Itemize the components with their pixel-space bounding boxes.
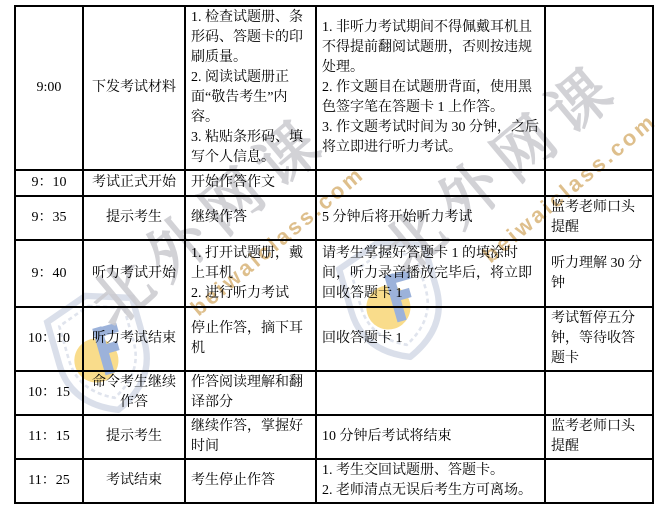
table-row: 9：40 听力考试开始 1. 打开试题册，戴上耳机 2. 进行听力考试 请考生掌… xyxy=(15,240,653,307)
cell-action: 停止作答，摘下耳机 xyxy=(185,307,316,371)
exam-schedule-table: 9:00 下发考试材料 1. 检查试题册、条形码、答题卡的印刷质量。 2. 阅读… xyxy=(14,5,654,504)
table-row: 9：35 提示考生 继续作答 5 分钟后将开始听力考试 监考老师口头提醒 xyxy=(15,196,653,240)
cell-event: 听力考试结束 xyxy=(83,307,185,371)
cell-remarks: 监考老师口头提醒 xyxy=(545,415,653,459)
cell-event: 命令考生继续作答 xyxy=(83,371,185,415)
table-row: 11：25 考试结束 考生停止作答 1. 考生交回试题册、答题卡。 2. 老师清… xyxy=(15,459,653,503)
table-row: 10：10 听力考试结束 停止作答，摘下耳机 回收答题卡 1 考试暂停五分钟，等… xyxy=(15,307,653,371)
cell-event: 提示考生 xyxy=(83,415,185,459)
cell-action: 1. 打开试题册，戴上耳机 2. 进行听力考试 xyxy=(185,240,316,307)
cell-details: 回收答题卡 1 xyxy=(316,307,545,371)
cell-remarks xyxy=(545,170,653,196)
cell-remarks: 考试暂停五分钟，等待收答题卡 xyxy=(545,307,653,371)
cell-event: 提示考生 xyxy=(83,196,185,240)
cell-details: 5 分钟后将开始听力考试 xyxy=(316,196,545,240)
cell-details: 1. 考生交回试题册、答题卡。 2. 老师清点无误后考生方可离场。 xyxy=(316,459,545,503)
cell-remarks xyxy=(545,6,653,170)
table-row: 11：15 提示考生 继续作答，掌握好时间 10 分钟后考试将结束 监考老师口头… xyxy=(15,415,653,459)
cell-remarks: 听力理解 30 分钟 xyxy=(545,240,653,307)
cell-action: 继续作答，掌握好时间 xyxy=(185,415,316,459)
cell-remarks xyxy=(545,371,653,415)
cell-event: 下发考试材料 xyxy=(83,6,185,170)
table-row: 9:00 下发考试材料 1. 检查试题册、条形码、答题卡的印刷质量。 2. 阅读… xyxy=(15,6,653,170)
cell-details xyxy=(316,170,545,196)
cell-time: 10：15 xyxy=(15,371,83,415)
cell-time: 9：35 xyxy=(15,196,83,240)
cell-action: 继续作答 xyxy=(185,196,316,240)
cell-remarks xyxy=(545,459,653,503)
cell-event: 听力考试开始 xyxy=(83,240,185,307)
cell-details xyxy=(316,371,545,415)
table-row: 10：15 命令考生继续作答 作答阅读理解和翻译部分 xyxy=(15,371,653,415)
cell-details: 1. 非听力考试期间不得佩戴耳机且不得提前翻阅试题册，否则按违规处理。 2. 作… xyxy=(316,6,545,170)
cell-details: 请考生掌握好答题卡 1 的填涂时间，听力录音播放完毕后，将立即回收答题卡 1 xyxy=(316,240,545,307)
cell-time: 9：40 xyxy=(15,240,83,307)
cell-action: 1. 检查试题册、条形码、答题卡的印刷质量。 2. 阅读试题册正面“敬告考生”内… xyxy=(185,6,316,170)
cell-time: 11：15 xyxy=(15,415,83,459)
cell-event: 考试正式开始 xyxy=(83,170,185,196)
cell-remarks: 监考老师口头提醒 xyxy=(545,196,653,240)
cell-time: 10：10 xyxy=(15,307,83,371)
table-row: 9：10 考试正式开始 开始作答作文 xyxy=(15,170,653,196)
cell-event: 考试结束 xyxy=(83,459,185,503)
cell-details: 10 分钟后考试将结束 xyxy=(316,415,545,459)
cell-time: 9:00 xyxy=(15,6,83,170)
cell-time: 9：10 xyxy=(15,170,83,196)
cell-time: 11：25 xyxy=(15,459,83,503)
cell-action: 考生停止作答 xyxy=(185,459,316,503)
cell-action: 作答阅读理解和翻译部分 xyxy=(185,371,316,415)
cell-action: 开始作答作文 xyxy=(185,170,316,196)
